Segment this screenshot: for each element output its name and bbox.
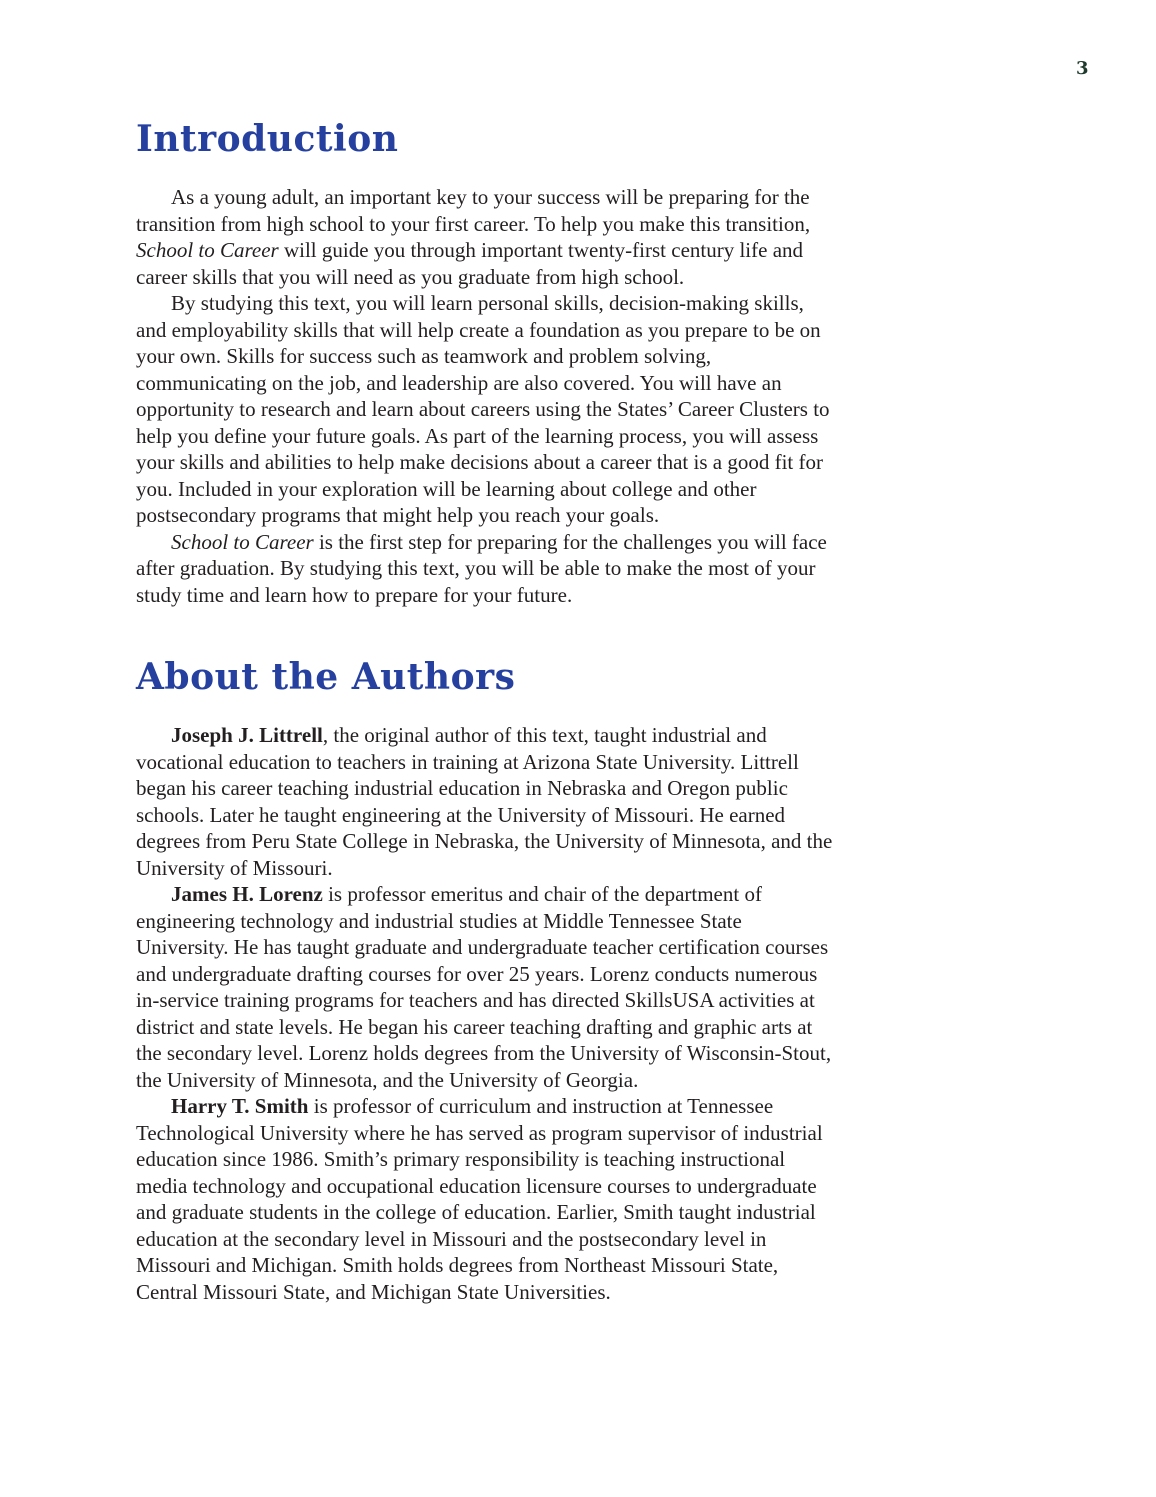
author-bio-smith: Harry T. Smith is professor of curriculu…: [136, 1093, 836, 1305]
intro-paragraph-2: By studying this text, you will learn pe…: [136, 290, 836, 529]
author-bio-text: is professor of curriculum and instructi…: [136, 1094, 823, 1304]
introduction-section: Introduction As a young adult, an import…: [136, 114, 836, 608]
about-authors-heading: About the Authors: [136, 652, 836, 702]
book-title-italic: School to Career: [136, 238, 279, 262]
author-name: James H. Lorenz: [171, 882, 323, 906]
intro-p1-text-a: As a young adult, an important key to yo…: [136, 185, 810, 236]
book-title-italic: School to Career: [171, 530, 314, 554]
page-number: 3: [1076, 58, 1089, 79]
author-bio-text: is professor emeritus and chair of the d…: [136, 882, 831, 1092]
about-authors-section: About the Authors Joseph J. Littrell, th…: [136, 652, 836, 1305]
intro-paragraph-3: School to Career is the first step for p…: [136, 529, 836, 609]
intro-p2-text: By studying this text, you will learn pe…: [136, 291, 830, 527]
author-bio-littrell: Joseph J. Littrell, the original author …: [136, 722, 836, 881]
intro-paragraph-1: As a young adult, an important key to yo…: [136, 184, 836, 290]
page-content: Introduction As a young adult, an import…: [136, 114, 836, 1305]
introduction-heading: Introduction: [136, 114, 836, 164]
author-name: Joseph J. Littrell: [171, 723, 323, 747]
author-name: Harry T. Smith: [171, 1094, 308, 1118]
author-bio-lorenz: James H. Lorenz is professor emeritus an…: [136, 881, 836, 1093]
